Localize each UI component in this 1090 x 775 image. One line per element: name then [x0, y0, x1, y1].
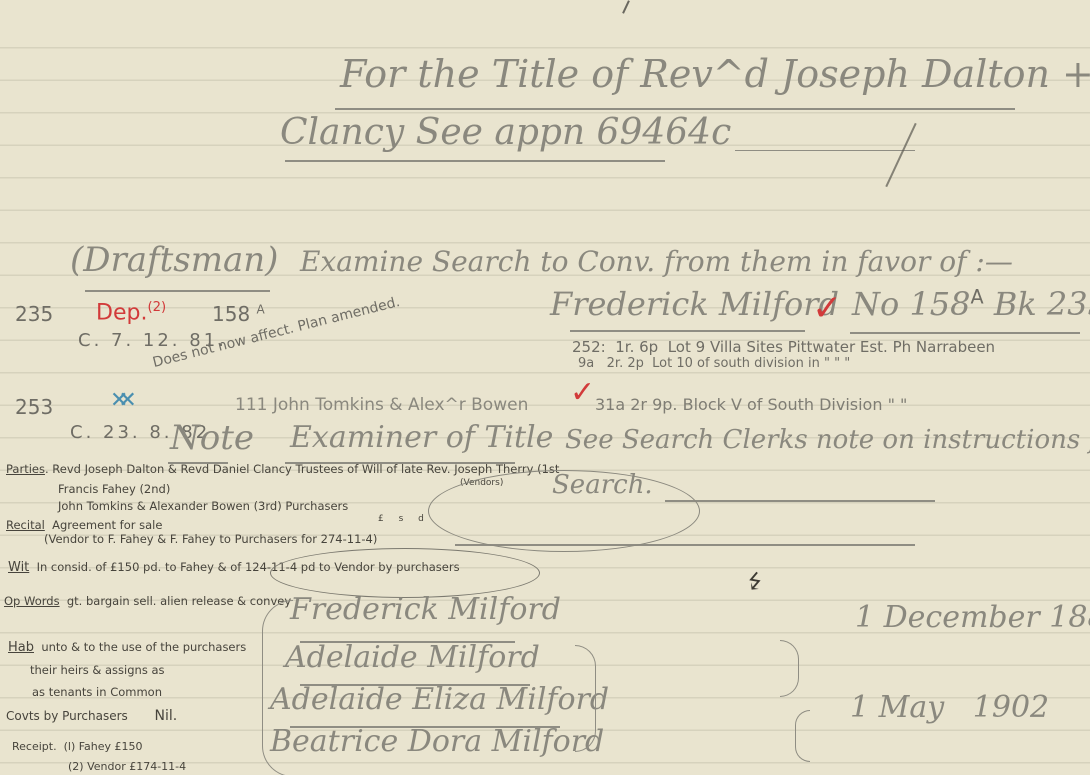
chain-name-1: Frederick Milford [290, 592, 561, 627]
title-underline [335, 108, 1015, 110]
receipt-label: Receipt [12, 740, 53, 753]
entry1-grantee: Frederick Milford [550, 285, 839, 323]
entry1-number: No 158A Bk 235 [852, 285, 1090, 323]
covts-label: Covts by Purchasers [6, 709, 128, 723]
entry2-note-label: Note [170, 418, 254, 458]
desc: Lot 10 of south division in " " " [652, 356, 850, 371]
recital-currency-header: £ s d [378, 514, 430, 524]
cross-mark-icon: ✕✕ [110, 388, 127, 413]
covts-value: Nil. [155, 708, 178, 724]
entry1-line-2: 9a 2r. 2p Lot 10 of south division in " … [578, 356, 850, 371]
op-words-text: gt. bargain sell. alien release & convey [67, 594, 291, 608]
op-words-label: Op Words [4, 594, 60, 608]
title-line-1: For the Title of Rev^d Joseph Dalton + R… [340, 52, 1090, 96]
hab-label: Hab [8, 640, 34, 655]
recital-label: Recital [6, 518, 45, 532]
receipt-text-1: (l) Fahey £150 [64, 740, 143, 753]
bk-label: Bk 235 [994, 285, 1090, 323]
grantee-underline [570, 330, 805, 332]
rule-mark [735, 150, 915, 151]
hab-row-2: their heirs & assigns as [30, 663, 165, 677]
desc: Lot 9 Villa Sites Pittwater Est. Ph Narr… [668, 338, 995, 356]
area: 9a [578, 356, 594, 371]
check-icon: ✓ [812, 288, 842, 329]
parties-label: Parties [6, 462, 45, 476]
entry2-ref: 253 [15, 395, 53, 419]
entry1-num: 158 A [212, 302, 265, 326]
entry1-line-1: 252: 1r. 6p Lot 9 Villa Sites Pittwater … [572, 338, 995, 356]
dates-bracket-lower [795, 710, 810, 762]
bracket-oval [428, 470, 700, 552]
top-pencil-mark [622, 0, 630, 14]
parties-text-1: Revd Joseph Dalton & Revd Daniel Clancy … [52, 462, 559, 476]
wit-label: Wit [8, 560, 29, 575]
number-underline [850, 332, 1080, 334]
receipt-row-1: Receipt. (l) Fahey £150 [12, 740, 143, 753]
receipt-row-2: (2) Vendor £174-11-4 [68, 760, 186, 773]
parties-row-2: Francis Fahey (2nd) [58, 482, 170, 496]
chain-date-2: 1 May 1902 [850, 690, 1049, 725]
entry2-note-text-1: See Search Clerks note on instructions f… [565, 425, 1090, 455]
area: 252: [572, 338, 606, 356]
ledger-page: For the Title of Rev^d Joseph Dalton + R… [0, 0, 1090, 775]
dep-sup: (2) [147, 300, 166, 315]
measure: 1r. 6p [615, 338, 658, 356]
entry2-note-title: Examiner of Title [290, 420, 553, 455]
hab-row-3: as tenants in Common [32, 685, 162, 699]
names-bracket [575, 645, 596, 752]
draftsman-underline [85, 290, 270, 292]
no-sup: A [971, 285, 984, 308]
recital-text-1: Agreement for sale [52, 518, 162, 532]
entry1-ref: 235 [15, 302, 53, 326]
search-rule [665, 500, 935, 502]
chain-name-4: Beatrice Dora Milford [270, 724, 604, 759]
chain-name-3: Adelaide Eliza Milford [270, 682, 609, 717]
recital-row-2: (Vendor to F. Fahey & F. Fahey to Purcha… [44, 532, 377, 546]
op-words-row: Op Words gt. bargain sell. alien release… [4, 594, 291, 608]
entry2-land: 31a 2r 9p. Block V of South Division " " [595, 395, 907, 414]
check-icon: ✓ [570, 375, 595, 410]
parties-row-3: John Tomkins & Alexander Bowen (3rd) Pur… [58, 499, 348, 513]
draftsman-label: (Draftsman) [70, 240, 278, 280]
num: 158 [212, 302, 250, 326]
dep-label: Dep. [96, 300, 147, 325]
wit-oval [270, 548, 540, 598]
hab-text-1: unto & to the use of the purchasers [41, 640, 246, 654]
draftsman-instruction: Examine Search to Conv. from them in fav… [300, 245, 1013, 278]
hab-row-1: Hab unto & to the use of the purchasers [8, 640, 246, 655]
no-label: No 158 [852, 285, 971, 323]
entry2-parties: 111 John Tomkins & Alex^r Bowen [235, 395, 528, 415]
recital-row-1: Recital Agreement for sale [6, 518, 162, 532]
covts-row: Covts by Purchasers Nil. [6, 708, 177, 724]
entry1-dep: Dep.(2) [96, 300, 166, 325]
parties-row-1: Parties. Revd Joseph Dalton & Revd Danie… [6, 462, 559, 476]
title-line-2: Clancy See appn 69464c [280, 112, 731, 153]
dates-bracket-upper [780, 640, 799, 697]
measure: 2r. 2p [607, 356, 644, 371]
title-line-2-underline [285, 160, 665, 162]
stray-ink-mark: ↯ [739, 565, 770, 599]
chain-name-2: Adelaide Milford [285, 640, 540, 675]
stray-pencil-mark [885, 123, 916, 187]
num-sup: A [257, 302, 265, 316]
chain-date-1: 1 December 1881 [855, 600, 1090, 635]
